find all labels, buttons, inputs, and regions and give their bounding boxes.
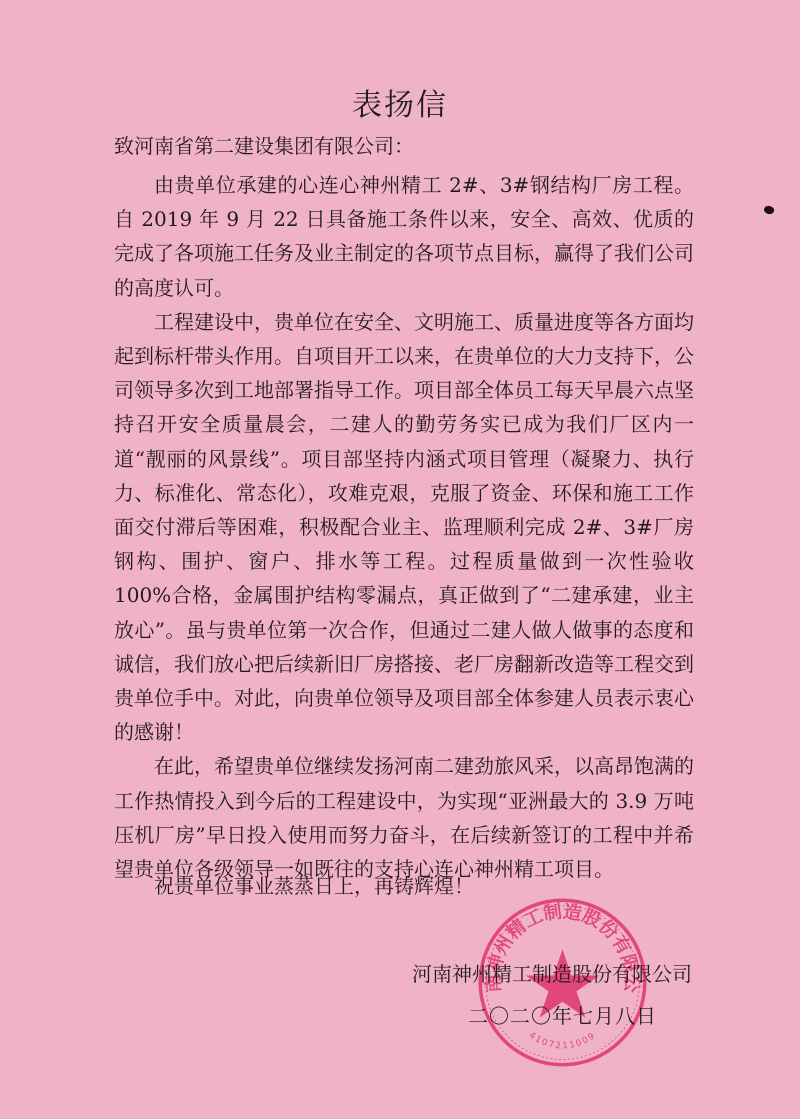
salutation: 致河南省第二建设集团有限公司： — [114, 130, 414, 159]
closing-line: 祝贵单位事业蒸蒸日上，再铸辉煌！ — [154, 870, 474, 899]
signature-company: 河南神州精工制造股份有限公司 — [412, 958, 692, 987]
svg-text:4107211009: 4107211009 — [527, 1030, 598, 1051]
scan-speck — [763, 205, 775, 216]
seal-number: 4107211009 — [527, 1030, 598, 1051]
paragraph: 在此，希望贵单位继续发扬河南二建劲旅风采，以高昂饱满的工作热情投入到今后的工程建… — [114, 749, 694, 886]
paragraph: 由贵单位承建的心连心神州精工 2#、3#钢结构厂房工程。自 2019 年 9 月… — [114, 168, 694, 305]
paragraph: 工程建设中，贵单位在安全、文明施工、质量进度等各方面均起到标杆带头作用。自项目开… — [114, 305, 694, 750]
letter-body: 由贵单位承建的心连心神州精工 2#、3#钢结构厂房工程。自 2019 年 9 月… — [114, 168, 694, 886]
letter-date: 二〇二〇年七月八日 — [468, 1000, 657, 1029]
letter-page: 表扬信 致河南省第二建设集团有限公司： 由贵单位承建的心连心神州精工 2#、3#… — [0, 0, 800, 1119]
letter-title: 表扬信 — [0, 80, 800, 124]
